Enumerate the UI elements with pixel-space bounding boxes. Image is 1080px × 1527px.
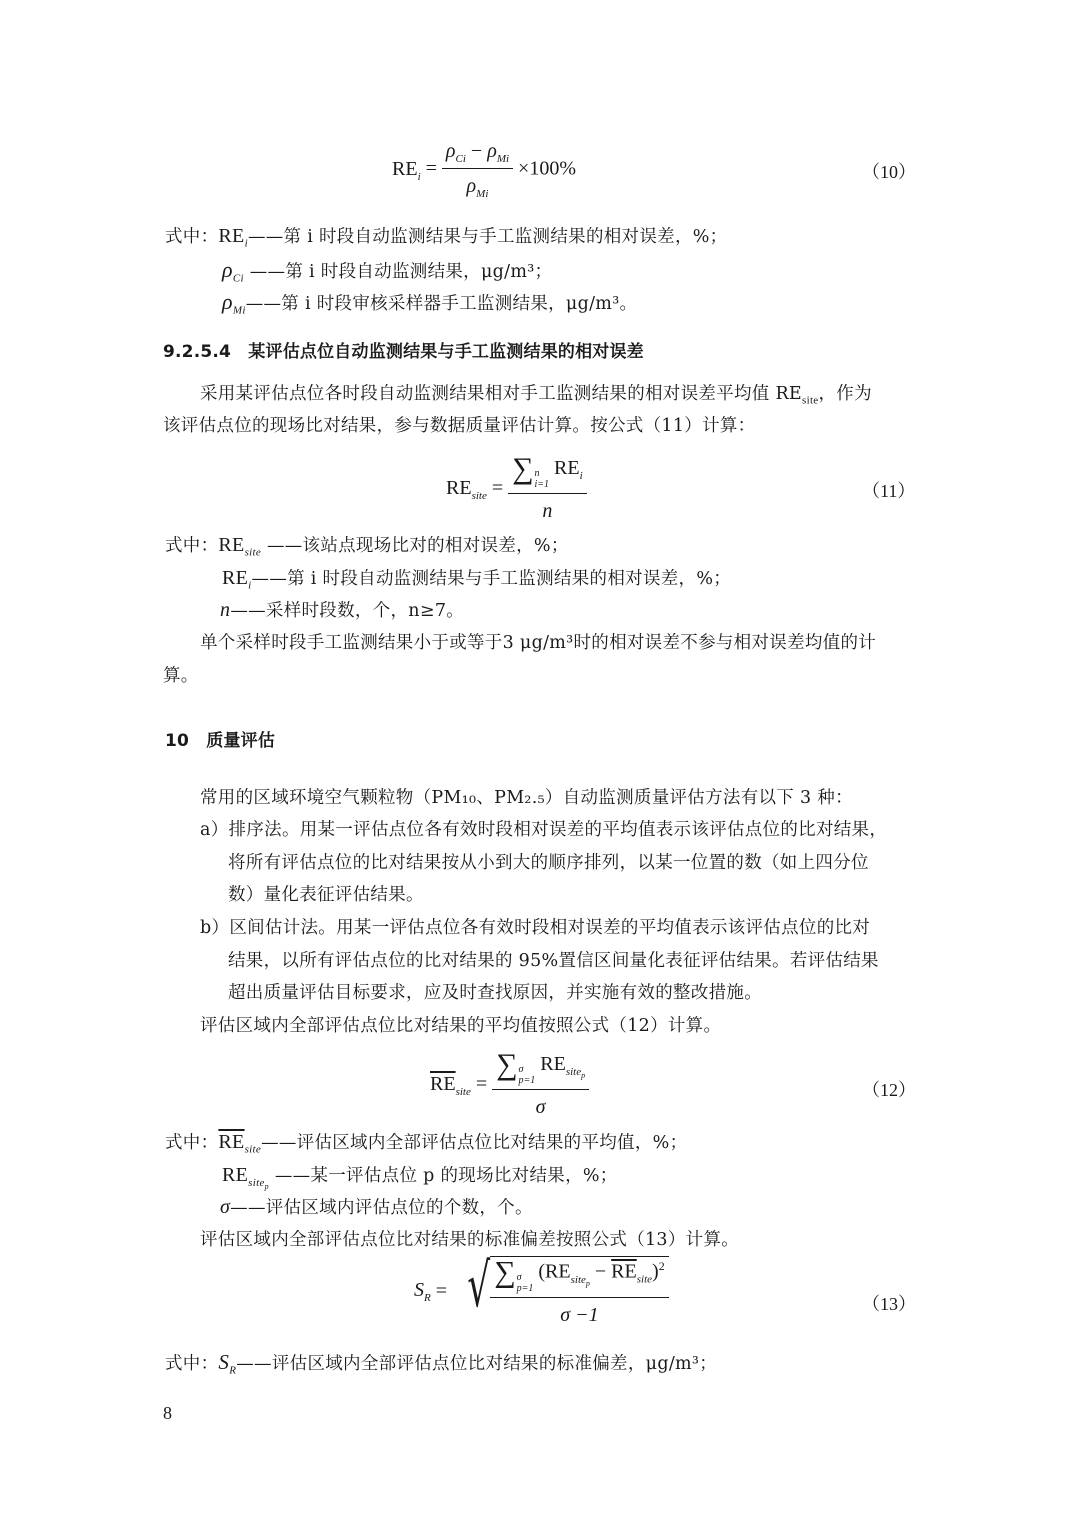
list-label: a） xyxy=(200,820,229,840)
summation-icon: ∑ xyxy=(512,452,533,485)
where-item-sr: 式中：SR——评估区域内全部评估点位比对结果的标准偏差，μg/m³； xyxy=(165,1350,717,1383)
equation-10: REi = ρCi − ρMi ρMi ×100% xyxy=(392,140,576,200)
where-item-rho-c: ρCi ——第 i 时段自动监测结果，μg/m³； xyxy=(222,258,552,291)
paragraph-line: 采用某评估点位各时段自动监测结果相对手工监测结果的相对误差平均值 REsite，… xyxy=(200,382,872,413)
where-item-resite-mean: 式中：REsite——评估区域内全部评估点位比对结果的平均值，%； xyxy=(165,1130,687,1162)
eq10-lhs: REi xyxy=(392,158,421,180)
eq11-fraction: ∑ni=1 REi n xyxy=(508,456,587,523)
page-number: 8 xyxy=(163,1403,172,1424)
eq10-fraction: ρCi − ρMi ρMi xyxy=(442,140,513,200)
where-item-resite-p: REsitep ——某一评估点位 p 的现场比对结果，%； xyxy=(222,1163,618,1199)
list-item-b-cont: 超出质量评估目标要求，应及时查找原因，并实施有效的整改措施。 xyxy=(228,981,762,1005)
summation-icon: ∑ xyxy=(496,1048,517,1081)
eq13-intro: 评估区域内全部评估点位比对结果的标准偏差按照公式（13）计算。 xyxy=(200,1228,739,1252)
summation-icon: ∑ xyxy=(494,1256,515,1289)
section-heading-9254: 9.2.5.4 某评估点位自动监测结果与手工监测结果的相对误差 xyxy=(163,337,644,362)
list-item-a-cont: 数）量化表征评估结果。 xyxy=(228,883,424,907)
where-item-rho-m: ρMi——第 i 时段审核采样器手工监测结果，μg/m³。 xyxy=(222,290,637,323)
paragraph-line: 该评估点位的现场比对结果，参与数据质量评估计算。按公式（11）计算： xyxy=(163,414,755,438)
eq12-fraction: ∑σp=1 REsitep σ xyxy=(492,1052,589,1119)
section-heading-10: 10 质量评估 xyxy=(165,726,275,751)
square-root: √ ∑σp=1 (REsitep − REsite)2 σ −1 xyxy=(452,1256,669,1327)
equation-number-11: （11） xyxy=(862,477,915,503)
where-item-resite: 式中：REsite ——该站点现场比对的相对误差，%； xyxy=(165,533,569,565)
list-item-a: a）排序法。用某一评估点位各有效时段相对误差的平均值表示该评估点位的比对结果， xyxy=(200,818,887,842)
eq12-intro: 评估区域内全部评估点位比对结果的平均值按照公式（12）计算。 xyxy=(200,1014,721,1038)
where-item-sigma: σ——评估区域内评估点位的个数，个。 xyxy=(220,1195,533,1220)
equation-11: REsite = ∑ni=1 REi n xyxy=(446,456,587,523)
list-item-b-cont: 结果，以所有评估点位的比对结果的 95%置信区间量化表征评估结果。若评估结果 xyxy=(228,949,879,973)
note-line: 算。 xyxy=(163,664,199,688)
where-item-n: n——采样时段数，个，n≥7。 xyxy=(220,598,464,623)
sqrt-icon: √ xyxy=(467,1256,490,1327)
note-line: 单个采样时段手工监测结果小于或等于3 μg/m³时的相对误差不参与相对误差均值的… xyxy=(200,631,876,655)
equation-number-10: （10） xyxy=(862,158,916,184)
eq13-fraction: ∑σp=1 (REsitep − REsite)2 σ −1 xyxy=(490,1259,668,1327)
equation-number-13: （13） xyxy=(862,1290,916,1316)
equation-13: SR = √ ∑σp=1 (REsitep − REsite)2 σ −1 xyxy=(414,1256,669,1327)
equation-number-12: （12） xyxy=(862,1076,916,1102)
list-item-a-cont: 将所有评估点位的比对结果按从小到大的顺序排列，以某一位置的数（如上四分位 xyxy=(228,851,869,875)
list-label: b） xyxy=(200,918,229,938)
where-item-rei: 式中：REi——第 i 时段自动监测结果与手工监测结果的相对误差，%； xyxy=(165,224,728,256)
equation-12: REsite = ∑σp=1 REsitep σ xyxy=(430,1052,589,1119)
where-item-rei: REi——第 i 时段自动监测结果与手工监测结果的相对误差，%； xyxy=(222,566,731,598)
intro-line: 常用的区域环境空气颗粒物（PM₁₀、PM₂.₅）自动监测质量评估方法有以下 3 … xyxy=(200,786,853,810)
list-item-b: b）区间估计法。用某一评估点位各有效时段相对误差的平均值表示该评估点位的比对 xyxy=(200,916,870,940)
